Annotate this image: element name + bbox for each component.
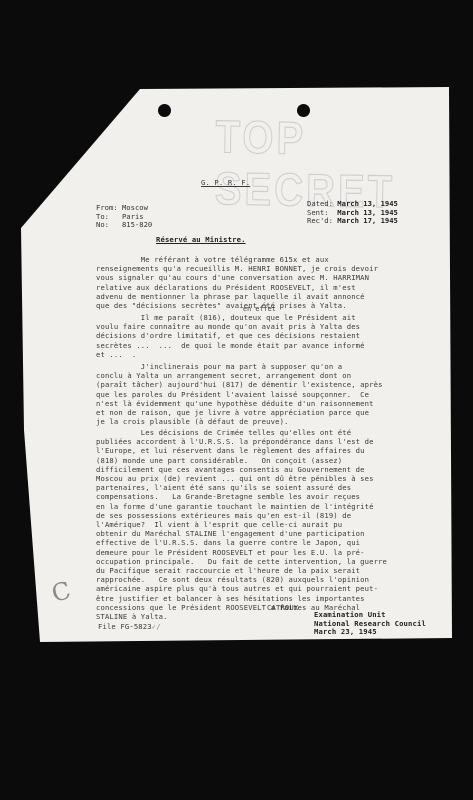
body-line: l'Europe, et lui réservent dans le règle… xyxy=(96,446,365,455)
body-line: et ... . xyxy=(96,350,136,359)
body-line: obtenir du Maréchal STALINE l'engagement… xyxy=(96,529,365,538)
body-line: américaine aspire plus qu'à tous autres … xyxy=(96,584,378,593)
body-line: difficilement que ces avantages consenti… xyxy=(96,465,365,474)
body-line: l'Amérique? Il vient à l'esprit que cell… xyxy=(96,520,342,529)
body-line: (paraît tâcher) aujourd'hui (817) de dém… xyxy=(96,380,383,389)
body-line: en la forme d'une garantie touchant le m… xyxy=(96,502,374,511)
header-right: Dated: March 13, 1945 Sent: March 13, 19… xyxy=(307,200,398,226)
body-line: renseignements qu'a recueillis M. HENRI … xyxy=(96,264,378,273)
check-mark: ✓/ xyxy=(152,622,161,631)
no-value: 815-820 xyxy=(122,220,152,229)
body-line: partenaires, l'aient été sans qu'ils se … xyxy=(96,483,351,492)
body-line: STALINE à Yalta. xyxy=(96,612,168,621)
footer-right: Examination Unit National Research Counc… xyxy=(314,611,426,637)
body-line: relative aux déclarations du Président R… xyxy=(96,283,356,292)
header-left: From: Moscow To: Paris No: 815-820 xyxy=(96,204,152,230)
body-line: (818) monde une part considérable. On co… xyxy=(96,456,342,465)
body-line: Les décisions de Crimée telles qu'elles … xyxy=(96,428,351,437)
body-line: rapprochée. Ce sont deux résultats (820)… xyxy=(96,575,369,584)
body-line: secrètes ... ... de quoi le monde était … xyxy=(96,341,365,350)
body-line: du Pacifique serait raccourcie et l'heur… xyxy=(96,566,360,575)
footer-date: March 23, 1945 xyxy=(314,627,377,636)
body-line: Il me paraît (816), douteux que le Prési… xyxy=(96,313,356,322)
body-line: Moscou au prix (de) revient ... qui ont … xyxy=(96,474,374,483)
body-line: n'est là évidemment qu'une hypothèse déd… xyxy=(96,399,374,408)
body-line: occupation principale. Du fait de cette … xyxy=(96,557,387,566)
punch-hole xyxy=(158,104,171,117)
agency-heading: G. P. R. F. xyxy=(201,178,250,187)
body-line: conclu à Yalta un arrangement secret, ar… xyxy=(96,371,351,380)
body-line: je la crois plausible (à défaut de preuv… xyxy=(96,417,289,426)
body-line: de ses possessions extérieures mais qu'e… xyxy=(96,511,351,520)
signature: CATROUX xyxy=(267,603,298,612)
handwritten-mark: C xyxy=(49,576,74,608)
body-line: être justifier et balancer à ses hésitat… xyxy=(96,594,365,603)
body-line: que des "décisions secrètes" avaient été… xyxy=(96,301,347,310)
body-line: J'inclinerais pour ma part à supposer qu… xyxy=(96,362,342,371)
body-line: compensations. La Grande-Bretagne semble… xyxy=(96,492,360,501)
recd-label: Rec'd: xyxy=(307,216,333,225)
body-line: que les paroles du Président l'avaient l… xyxy=(96,390,369,399)
body-line: décisions d'ordre limitatif, et que ces … xyxy=(96,331,360,340)
body-line: Me référant à votre télégramme 615x et a… xyxy=(96,255,329,264)
body-line: advenu de mentionner la phrase par laque… xyxy=(96,292,365,301)
insert-note: en effet xyxy=(243,305,276,314)
body-line: effective de l'U.R.S.S. dans la guerre c… xyxy=(96,538,360,547)
body-line: et non de raison, que je livre à votre a… xyxy=(96,408,369,417)
body-line: demeure pour le Président ROOSEVELT et p… xyxy=(96,548,365,557)
file-ref-text: File FG-5823 xyxy=(98,622,152,631)
document-page: TOP SECRET G. P. R. F. From: Moscow To: … xyxy=(0,0,473,800)
body-line: voulu faire connaître au monde qu'on ava… xyxy=(96,322,360,331)
file-reference: File FG-5823✓/ xyxy=(98,622,161,631)
recd-value: March 17, 1945 xyxy=(337,216,398,225)
body-line: publiées accordent à l'U.R.S.S. la prépo… xyxy=(96,437,374,446)
subject-line: Réservé au Ministre. xyxy=(156,235,246,244)
no-label: No: xyxy=(96,220,109,229)
body-line: vous signaler qu'au cours d'une conversa… xyxy=(96,273,369,282)
